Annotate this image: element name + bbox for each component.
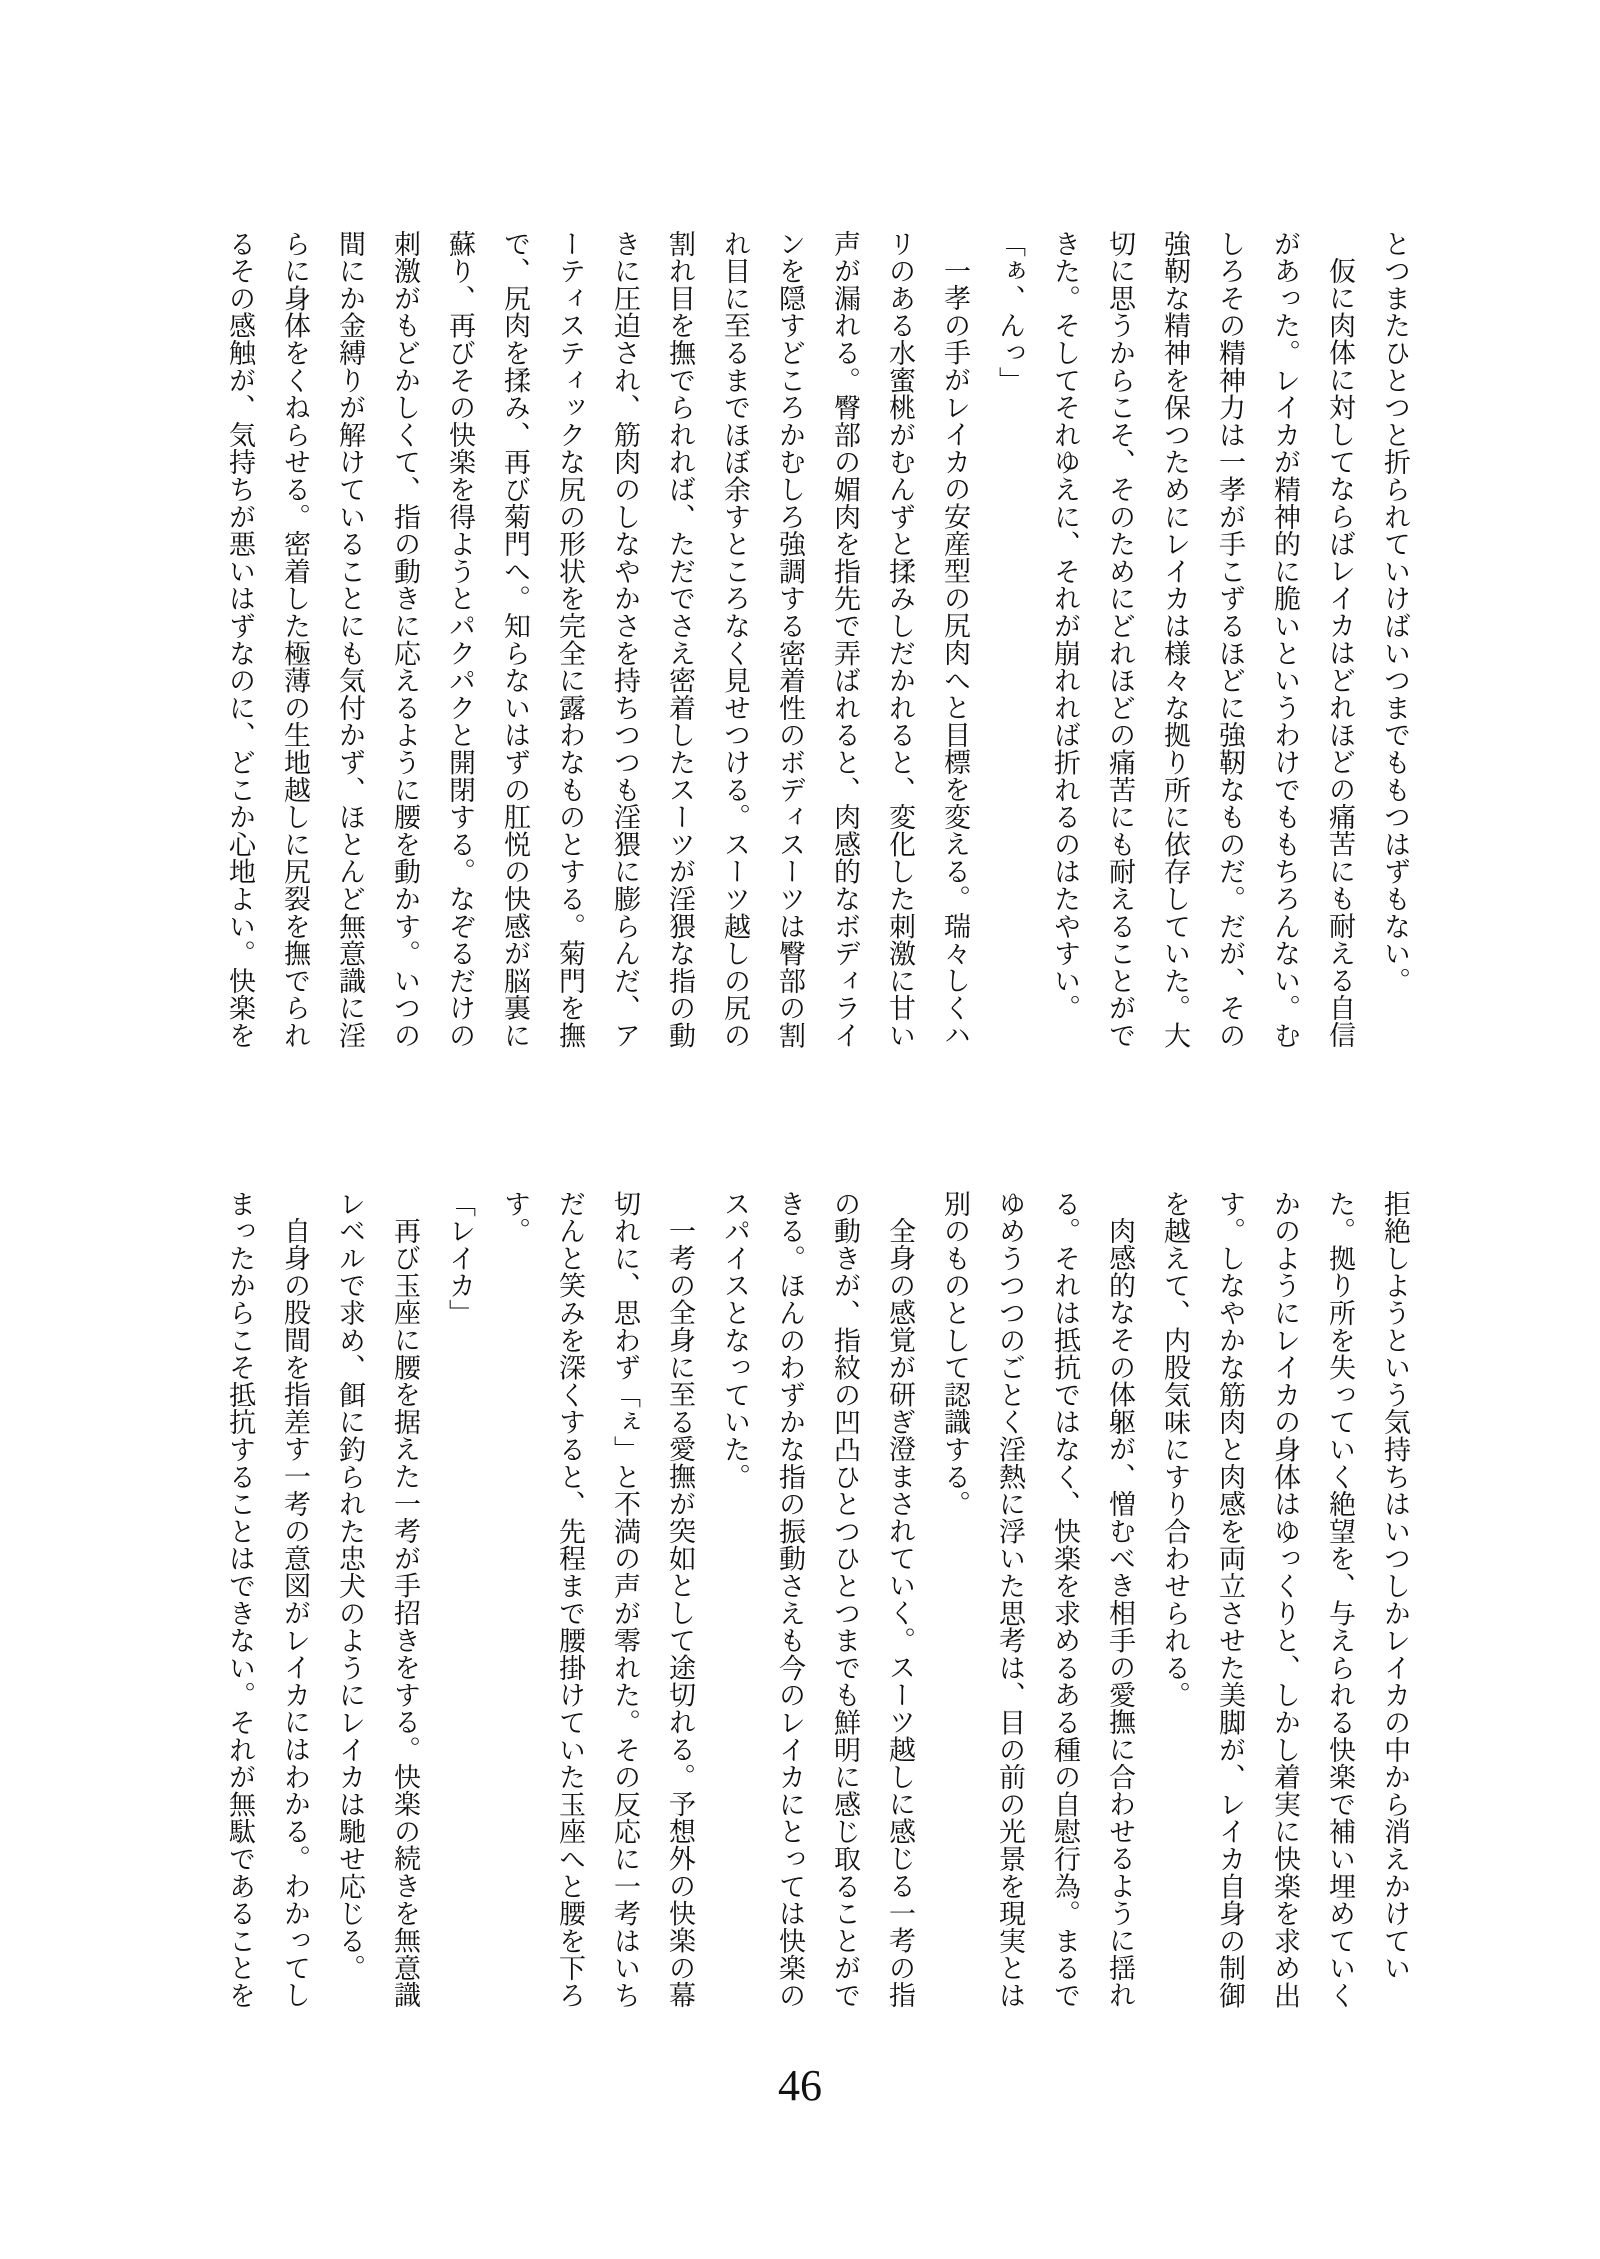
paragraph: 再び玉座に腰を据えた一考が手招きをする。快楽の続きを無意識レベルで求め、餌に釣ら… xyxy=(322,1190,432,2010)
dialogue-line: 「ぁ、んっ」 xyxy=(982,230,1037,1050)
paragraph: 全身の感覚が研ぎ澄まされていく。スーツ越しに感じる一考の指の動きが、指紋の凹凸ひ… xyxy=(707,1190,927,2010)
paragraph: 自身の股間を指差す一考の意図がレイカにはわかる。わかってしまったからこそ抵抗する… xyxy=(212,1190,322,2010)
dialogue-line: 「レイカ」 xyxy=(432,1190,487,2010)
text-block-bottom: 拒絶しようという気持ちはいつしかレイカの中から消えかけていた。拠り所を失っていく… xyxy=(212,1190,1422,2010)
paragraph: とつまたひとつと折られていけばいつまでももつはずもない。 xyxy=(1367,230,1422,1050)
paragraph: 一孝の手がレイカの安産型の尻肉へと目標を変える。瑞々しくハリのある水蜜桃がむんず… xyxy=(212,230,982,1050)
page-number: 46 xyxy=(740,2062,860,2110)
paragraph: 肉感的なその体躯が、憎むべき相手の愛撫に合わせるように揺れる。それは抵抗ではなく… xyxy=(927,1190,1147,2010)
paragraph: 拒絶しようという気持ちはいつしかレイカの中から消えかけていた。拠り所を失っていく… xyxy=(1147,1190,1422,2010)
paragraph: 仮に肉体に対してならばレイカはどれほどの痛苦にも耐える自信があった。レイカが精神… xyxy=(1037,230,1367,1050)
paragraph: 一考の全身に至る愛撫が突如として途切れる。予想外の快楽の幕切れに、思わず「ぇ」と… xyxy=(487,1190,707,2010)
page: { "page": { "number": "46", "background"… xyxy=(0,0,1600,2259)
text-block-top: とつまたひとつと折られていけばいつまでももつはずもない。 仮に肉体に対してならば… xyxy=(212,230,1422,1050)
